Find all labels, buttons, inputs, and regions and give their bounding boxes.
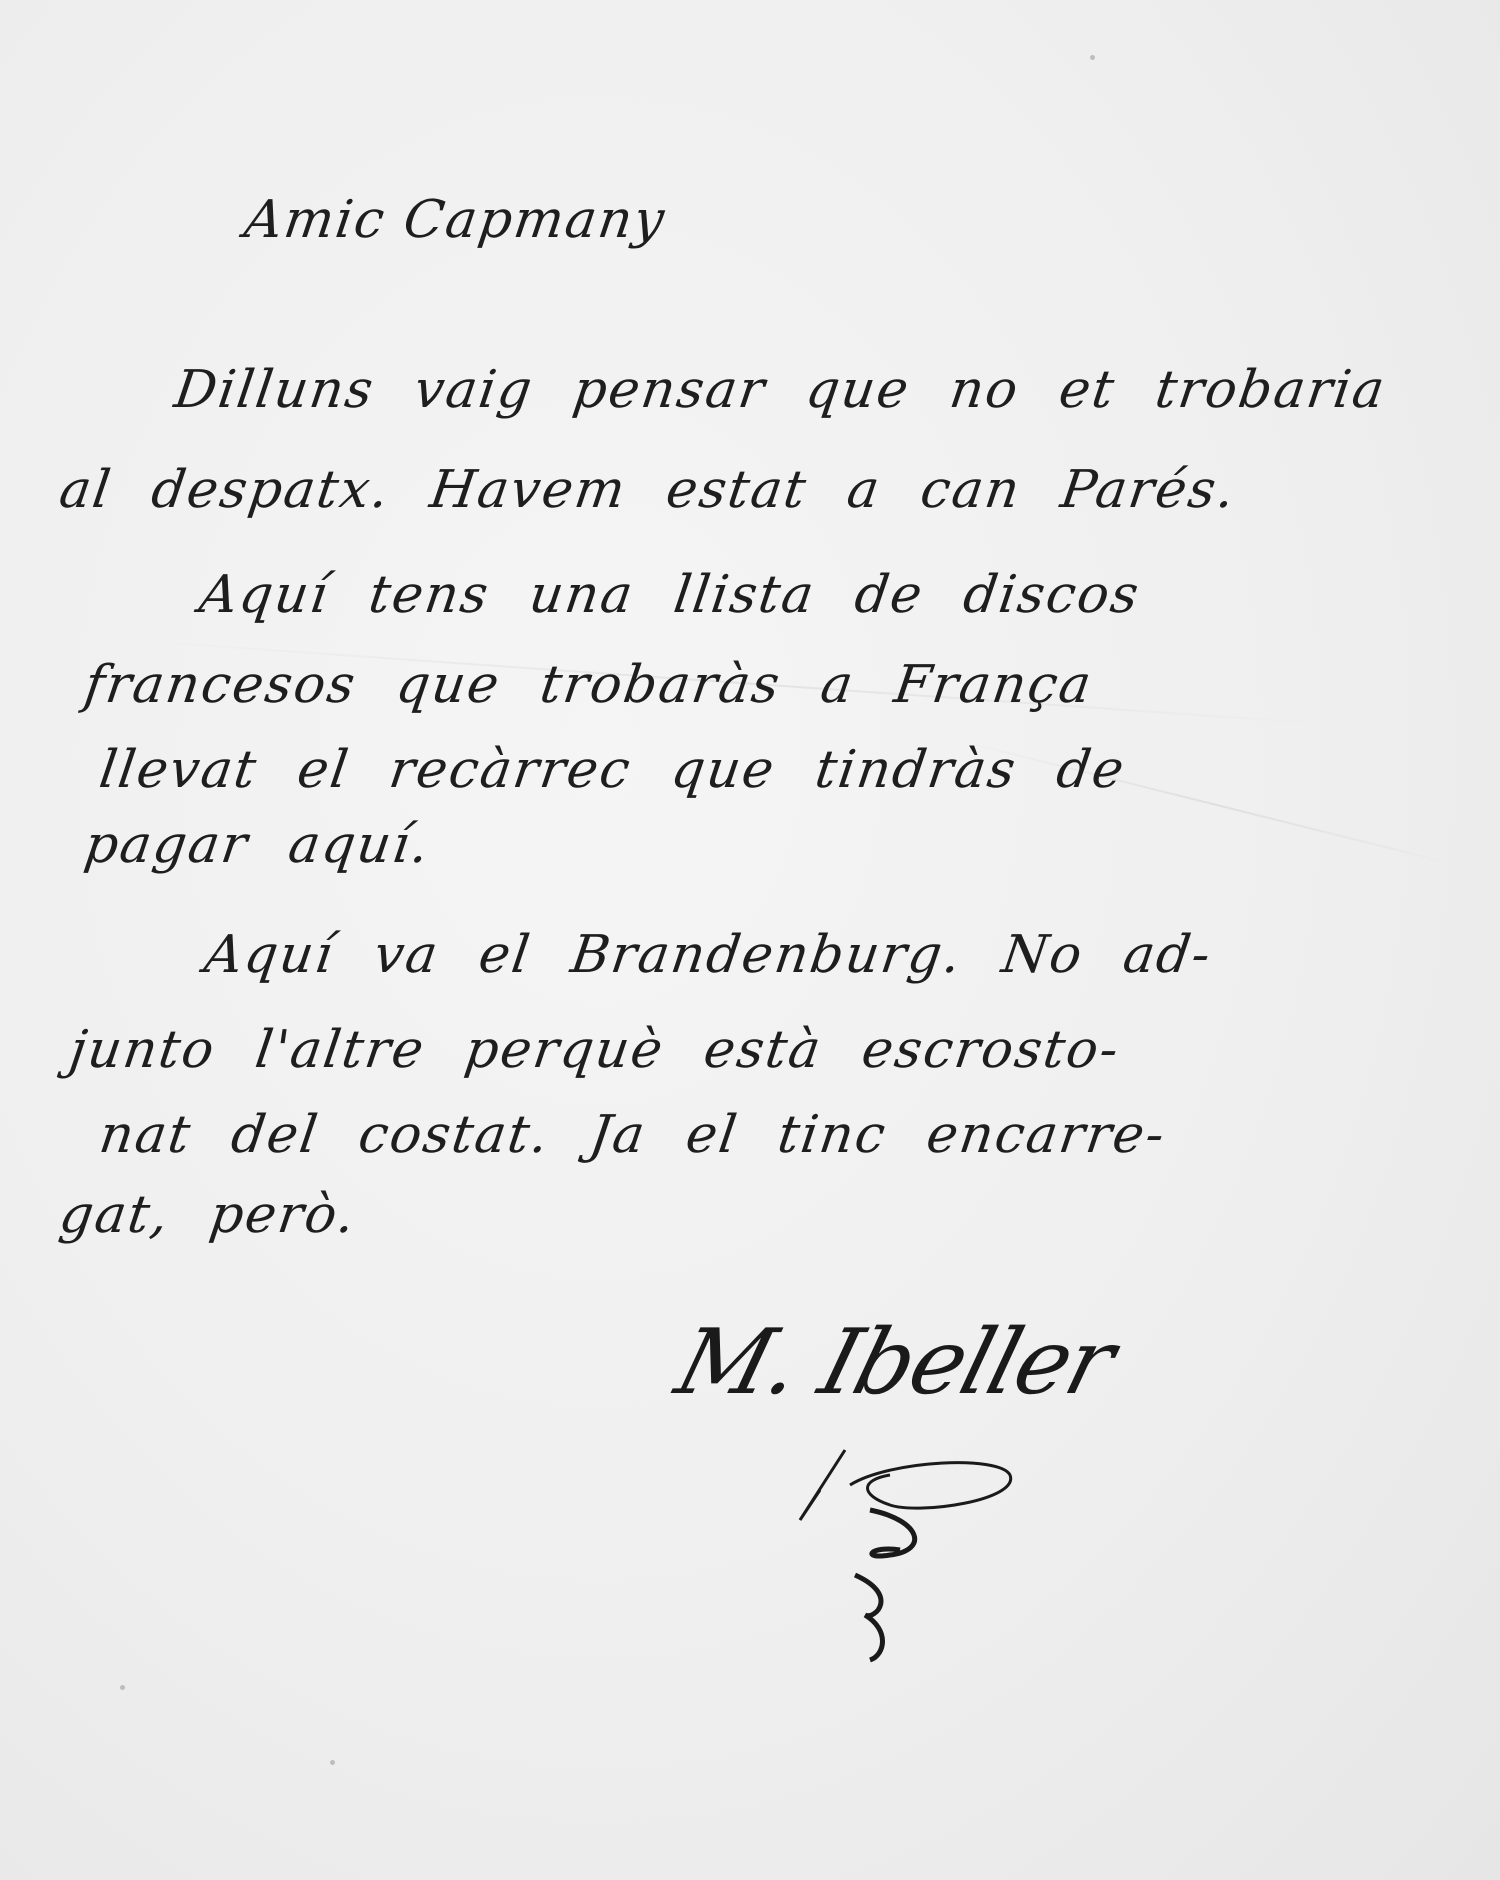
paper-speck <box>1090 55 1095 60</box>
text-line: Aquí tens una llista de discos <box>196 565 1144 625</box>
text-line: nat del costat. Ja el tinc encarre- <box>96 1105 1170 1165</box>
text-line: al despatx. Havem estat a can Parés. <box>56 460 1240 520</box>
text-line: llevat el recàrrec que tindràs de <box>96 740 1130 800</box>
text-line: francesos que trobaràs a França <box>81 655 1097 715</box>
paper-speck <box>330 1760 335 1765</box>
text-line: junto l'altre perquè està escrosto- <box>66 1020 1124 1080</box>
text-line: pagar aquí. <box>81 815 434 875</box>
signature-flourish-icon <box>660 1270 1220 1670</box>
text-line: Aquí va el Brandenburg. No ad- <box>201 925 1216 985</box>
text-line: gat, però. <box>56 1185 361 1245</box>
text-line: Dilluns vaig pensar que no et trobaria <box>171 360 1390 420</box>
paper-speck <box>120 1685 125 1690</box>
signature: M. Ibeller <box>660 1270 1220 1670</box>
salutation: Amic Capmany <box>241 190 670 250</box>
